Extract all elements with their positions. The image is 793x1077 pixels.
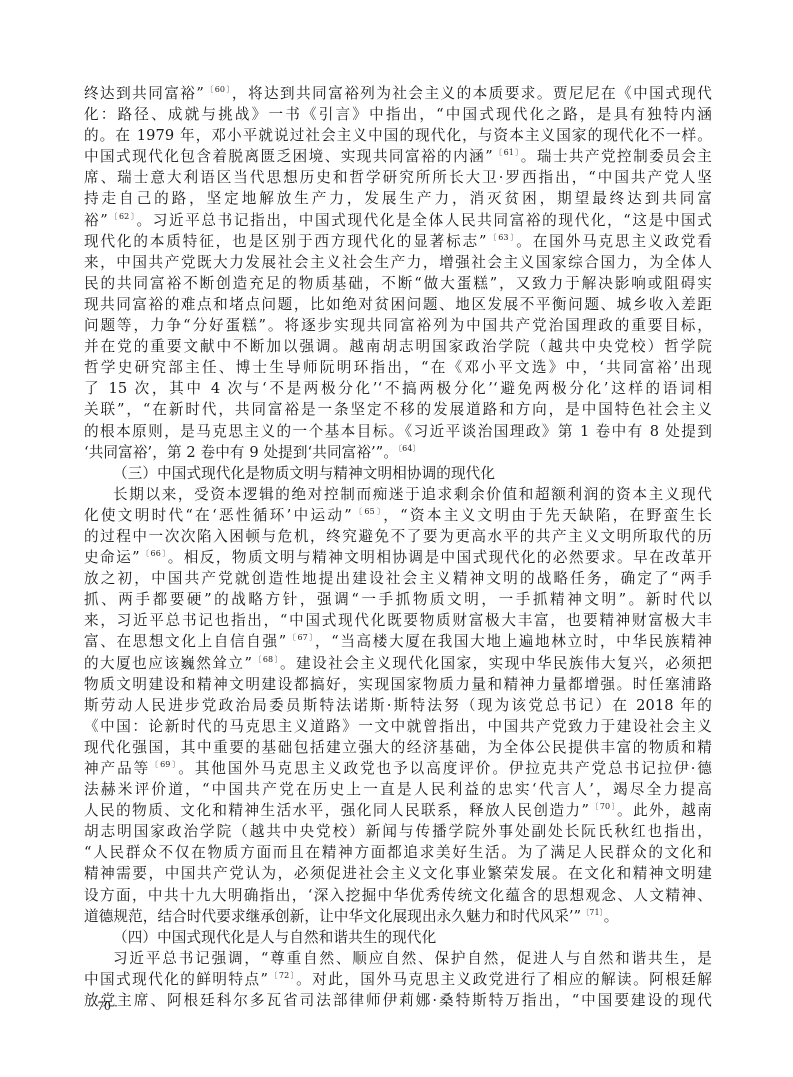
text-line: 放之初，中国共产党就创造性地提出建设社会主义精神文明的战略任务，确定了“两手 [84,568,712,589]
text-line: 法赫米评价道，“中国共产党在历史上一直是人民利益的忠实‘代言人’，竭尽全力提高 [84,779,712,800]
text-line: 设方面，中共十九大明确指出，‘深入挖掘中华优秀传统文化蕴含的思想观念、人文精神、 [84,885,712,906]
page-number: · 70 · [90,998,118,1014]
text-line: 《中国：论新时代的马克思主义道路》一文中就曾指出，中国共产党致力于建设社会主义 [84,716,712,737]
line-text-rest: 。对此，国外马克思主义政党进行了相应的解读。阿根廷解 [296,971,712,988]
line-text: 的过程中一次次陷入困顿与危机，终究避免不了要为更高水平的共产主义文明所取代的历 [84,528,712,545]
line-text-rest: ，“当高楼大厦在我国大地上遍地林立时，中华民族精神 [315,633,712,650]
text-line: 哲学史研究部主任、博士生导师阮明环指出，“在《邓小平文选》中，‘共同富裕’出现 [84,357,712,378]
line-text: 哲学史研究部主任、博士生导师阮明环指出，“在《邓小平文选》中，‘共同富裕’出现 [84,359,712,376]
text-line: 长期以来，受资本逻辑的绝对控制而痴迷于追求剩余价值和超额利润的资本主义现代 [84,484,712,505]
line-text: 长期以来，受资本逻辑的绝对控制而痴迷于追求剩余价值和超额利润的资本主义现代 [113,486,712,503]
line-text: 物质文明建设和精神文明建设都搞好，实现国家物质力量和精神力量都增强。时任塞浦路 [84,676,712,693]
line-text: 了 15 次，其中 4 次与‘不是两极分化’‘不搞两极分化’‘避免两极分化’这样… [84,380,712,397]
text-line: 现共同富裕的难点和堵点问题，比如绝对贫困问题、地区发展不平衡问题、城乡收入差距 [84,294,712,315]
line-text: 现代化的本质特征，也是区别于西方现代化的显著标志” [84,233,487,250]
citation-marker: 〔61〕 [493,148,521,157]
line-text-rest: 。瑞士共产党控制委员会主 [521,148,712,165]
citation-marker: 〔70〕 [589,802,617,811]
line-text: 持走自己的路，坚定地解放生产力，发展生产力，消灭贫困，期望最终达到共同富 [84,190,712,207]
text-line: 终达到共同富裕”〔60〕，将达到共同富裕列为社会主义的本质要求。贾尼尼在《中国式… [84,83,712,104]
line-text-rest: 。相反，物质文明与精神文明相协调是中国式现代化的必然要求。早在改革开 [168,549,712,566]
text-line: 关联”，“在新时代，共同富裕是一条坚定不移的发展道路和方向，是中国特色社会主义 [84,399,712,420]
citation-marker: 〔67〕 [286,633,315,642]
line-text: 来，习近平总书记也指出，“中国式现代化既要物质财富极大丰富，也要精神财富极大丰 [84,612,712,629]
text-line: 并在党的重要文献中不断加以强调。越南胡志明国家政治学院（越共中央党校）哲学院 [84,336,712,357]
citation-marker: 〔62〕 [108,212,137,221]
citation-marker: 〔66〕 [140,549,168,558]
text-line: 化：路径、成就与挑战》一书《引言》中指出，“中国式现代化之路，是具有独特内涵 [84,104,712,125]
line-text: 化：路径、成就与挑战》一书《引言》中指出，“中国式现代化之路，是具有独特内涵 [84,106,712,123]
line-text: 关联”，“在新时代，共同富裕是一条坚定不移的发展道路和方向，是中国特色社会主义 [84,401,712,418]
text-line: 富、在思想文化上自信自强”〔67〕，“当高楼大厦在我国大地上遍地林立时，中华民族… [84,631,712,652]
text-line: 中国式现代化包含着脱离匮乏困境、实现共同富裕的内涵”〔61〕。瑞士共产党控制委员… [84,146,712,167]
text-line: 的过程中一次次陷入困顿与危机，终究避免不了要为更高水平的共产主义文明所取代的历 [84,526,712,547]
citation-marker: 〔69〕 [150,760,178,769]
text-line: 斯劳动人民进步党政治局委员斯特法诺斯·斯特法努（现为该党总书记）在 2018 年… [84,695,712,716]
line-text: 法赫米评价道，“中国共产党在历史上一直是人民利益的忠实‘代言人’，竭尽全力提高 [84,781,712,798]
line-text: 放党主席、阿根廷科尔多瓦省司法部律师伊莉娜·桑特斯特万指出，“中国要建设的现代 [84,992,712,1009]
line-text: 来，中国共产党既大力发展社会主义社会生产力，增强社会主义国家综合国力，为全体人 [84,254,712,271]
text-line: 史命运”〔66〕。相反，物质文明与精神文明相协调是中国式现代化的必然要求。早在改… [84,547,712,568]
text-line: 了 15 次，其中 4 次与‘不是两极分化’‘不搞两极分化’‘避免两极分化’这样… [84,378,712,399]
text-line: 习近平总书记强调，“尊重自然、顺应自然、保护自然，促进人与自然和谐共生，是 [84,948,712,969]
line-text-rest: 。建设社会主义现代化国家，实现中华民族伟大复兴，必须把 [280,655,712,672]
line-text: 道德规范，结合时代要求继承创新，让中华文化展现出永久魅力和时代风采’” [84,908,581,925]
text-line: 物质文明建设和精神文明建设都搞好，实现国家物质力量和精神力量都增强。时任塞浦路 [84,674,712,695]
line-text-rest: 。习近平总书记指出，中国式现代化是全体人民共同富裕的现代化，“这是中国式 [137,212,712,229]
line-text: “人民群众不仅在物质方面而且在精神方面都追求美好生活。为了满足人民群众的文化和 [84,844,712,861]
text-line: 持走自己的路，坚定地解放生产力，发展生产力，消灭贫困，期望最终达到共同富 [84,188,712,209]
line-text: 富、在思想文化上自信自强” [84,633,286,650]
line-text: 现共同富裕的难点和堵点问题，比如绝对贫困问题、地区发展不平衡问题、城乡收入差距 [84,296,712,313]
section-heading: （四）中国式现代化是人与自然和谐共生的现代化 [84,927,712,948]
text-line: 民的共同富裕不断创造充足的物质基础，不断“做大蛋糕”，又致力于解决影响或阻碍实 [84,273,712,294]
line-text: 人民的物质、文化和精神生活水平，强化同人民联系，释放人民创造力” [84,802,589,819]
line-text: 抓、两手都要硬”的战略方针，强调“一手抓物质文明，一手抓精神文明”。新时代以 [84,591,712,608]
text-line: 精神需要，中国共产党认为，必须促进社会主义文化事业繁荣发展。在文化和精神文明建 [84,863,712,884]
text-line: 神产品等〔69〕。其他国外马克思主义政党也予以高度评价。伊拉克共产党总书记拉伊·… [84,758,712,779]
section-heading: （三）中国式现代化是物质文明与精神文明相协调的现代化 [84,463,712,484]
text-line: 的。在 1979 年，邓小平就说过社会主义中国的现代化，与资本主义国家的现代化不… [84,125,712,146]
line-text: 《中国：论新时代的马克思主义道路》一文中就曾指出，中国共产党致力于建设社会主义 [84,718,712,735]
line-text-rest: ，“资本主义文明由于先天缺陷，在野蛮生长 [383,507,712,524]
line-text-rest: 。其他国外马克思主义政党也予以高度评价。伊拉克共产党总书记拉伊·德 [178,760,712,777]
text-line: 的大厦也应该巍然耸立”〔68〕。建设社会主义现代化国家，实现中华民族伟大复兴，必… [84,653,712,674]
line-text: 史命运” [84,549,140,566]
line-text: （四）中国式现代化是人与自然和谐共生的现代化 [113,929,436,946]
line-text: 的根本原则，是马克思主义的一个基本目标。《习近平谈治国理政》第 1 卷中有 8 … [84,423,712,440]
text-line: 现代化的本质特征，也是区别于西方现代化的显著标志”〔63〕。在国外马克思主义政党… [84,231,712,252]
line-text: ‘共同富裕’，第 2 卷中有 9 处提到‘共同富裕’”。 [84,444,398,461]
line-text: 的。在 1979 年，邓小平就说过社会主义中国的现代化，与资本主义国家的现代化不… [84,127,712,144]
line-text: 民的共同富裕不断创造充足的物质基础，不断“做大蛋糕”，又致力于解决影响或阻碍实 [84,275,712,292]
citation-marker: 〔72〕 [268,971,296,980]
text-line: 道德规范，结合时代要求继承创新，让中华文化展现出永久魅力和时代风采’”〔71〕。 [84,906,712,927]
page-body: 终达到共同富裕”〔60〕，将达到共同富裕列为社会主义的本质要求。贾尼尼在《中国式… [84,83,712,1011]
line-text: 中国式现代化的鲜明特点” [84,971,268,988]
line-text: 放之初，中国共产党就创造性地提出建设社会主义精神文明的战略任务，确定了“两手 [84,570,712,587]
citation-marker: 〔68〕 [252,655,280,664]
text-line: 裕”〔62〕。习近平总书记指出，中国式现代化是全体人民共同富裕的现代化，“这是中… [84,210,712,231]
text-line: 抓、两手都要硬”的战略方针，强调“一手抓物质文明，一手抓精神文明”。新时代以 [84,589,712,610]
text-line: ‘共同富裕’，第 2 卷中有 9 处提到‘共同富裕’”。〔64〕 [84,442,712,463]
line-text-rest: 。 [604,908,619,925]
line-text: 神产品等 [84,760,150,777]
line-text: 裕” [84,212,108,229]
text-line: 现代化强国，其中重要的基础包括建立强大的经济基础，为全体公民提供丰富的物质和精 [84,737,712,758]
citation-marker: 〔63〕 [487,233,517,242]
text-line: 席、瑞士意大利语区当代思想历史和哲学研究所所长大卫·罗西指出，“中国共产党人坚 [84,167,712,188]
text-line: 放党主席、阿根廷科尔多瓦省司法部律师伊莉娜·桑特斯特万指出，“中国要建设的现代 [84,990,712,1011]
line-text: （三）中国式现代化是物质文明与精神文明相协调的现代化 [113,465,495,482]
text-line: 来，中国共产党既大力发展社会主义社会生产力，增强社会主义国家综合国力，为全体人 [84,252,712,273]
line-text: 斯劳动人民进步党政治局委员斯特法诺斯·斯特法努（现为该党总书记）在 2018 年… [84,697,712,714]
text-line: 胡志明国家政治学院（越共中央党校）新闻与传播学院外事处副处长阮氏秋红也指出， [84,821,712,842]
line-text-rest: ，将达到共同富裕列为社会主义的本质要求。贾尼尼在《中国式现代 [232,85,712,102]
text-line: 中国式现代化的鲜明特点”〔72〕。对此，国外马克思主义政党进行了相应的解读。阿根… [84,969,712,990]
citation-marker: 〔60〕 [204,85,232,94]
citation-marker: 〔64〕 [398,444,421,453]
line-text: 精神需要，中国共产党认为，必须促进社会主义文化事业繁荣发展。在文化和精神文明建 [84,865,712,882]
line-text: 并在党的重要文献中不断加以强调。越南胡志明国家政治学院（越共中央党校）哲学院 [84,338,712,355]
line-text: 席、瑞士意大利语区当代思想历史和哲学研究所所长大卫·罗西指出，“中国共产党人坚 [84,169,712,186]
line-text: 设方面，中共十九大明确指出，‘深入挖掘中华优秀传统文化蕴含的思想观念、人文精神、 [84,887,712,904]
line-text: 的大厦也应该巍然耸立” [84,655,252,672]
line-text: 中国式现代化包含着脱离匮乏困境、实现共同富裕的内涵” [84,148,493,165]
text-line: 化使文明时代“在‘恶性循环’中运动”〔65〕，“资本主义文明由于先天缺陷，在野蛮… [84,505,712,526]
text-line: 来，习近平总书记也指出，“中国式现代化既要物质财富极大丰富，也要精神财富极大丰 [84,610,712,631]
line-text-rest: 。此外，越南 [617,802,712,819]
line-text: 现代化强国，其中重要的基础包括建立强大的经济基础，为全体公民提供丰富的物质和精 [84,739,712,756]
citation-marker: 〔71〕 [581,908,604,917]
line-text: 胡志明国家政治学院（越共中央党校）新闻与传播学院外事处副处长阮氏秋红也指出， [84,823,712,840]
text-line: “人民群众不仅在物质方面而且在精神方面都追求美好生活。为了满足人民群众的文化和 [84,842,712,863]
line-text: 化使文明时代“在‘恶性循环’中运动” [84,507,352,524]
line-text: 终达到共同富裕” [84,85,204,102]
text-line: 的根本原则，是马克思主义的一个基本目标。《习近平谈治国理政》第 1 卷中有 8 … [84,421,712,442]
line-text: 问题等，力争“分好蛋糕”。将逐步实现共同富裕列为中国共产党治国理政的重要目标， [84,317,712,334]
text-line: 人民的物质、文化和精神生活水平，强化同人民联系，释放人民创造力”〔70〕。此外，… [84,800,712,821]
citation-marker: 〔65〕 [352,507,383,516]
line-text: 习近平总书记强调，“尊重自然、顺应自然、保护自然，促进人与自然和谐共生，是 [113,950,712,967]
text-line: 问题等，力争“分好蛋糕”。将逐步实现共同富裕列为中国共产党治国理政的重要目标， [84,315,712,336]
line-text-rest: 。在国外马克思主义政党看 [516,233,712,250]
